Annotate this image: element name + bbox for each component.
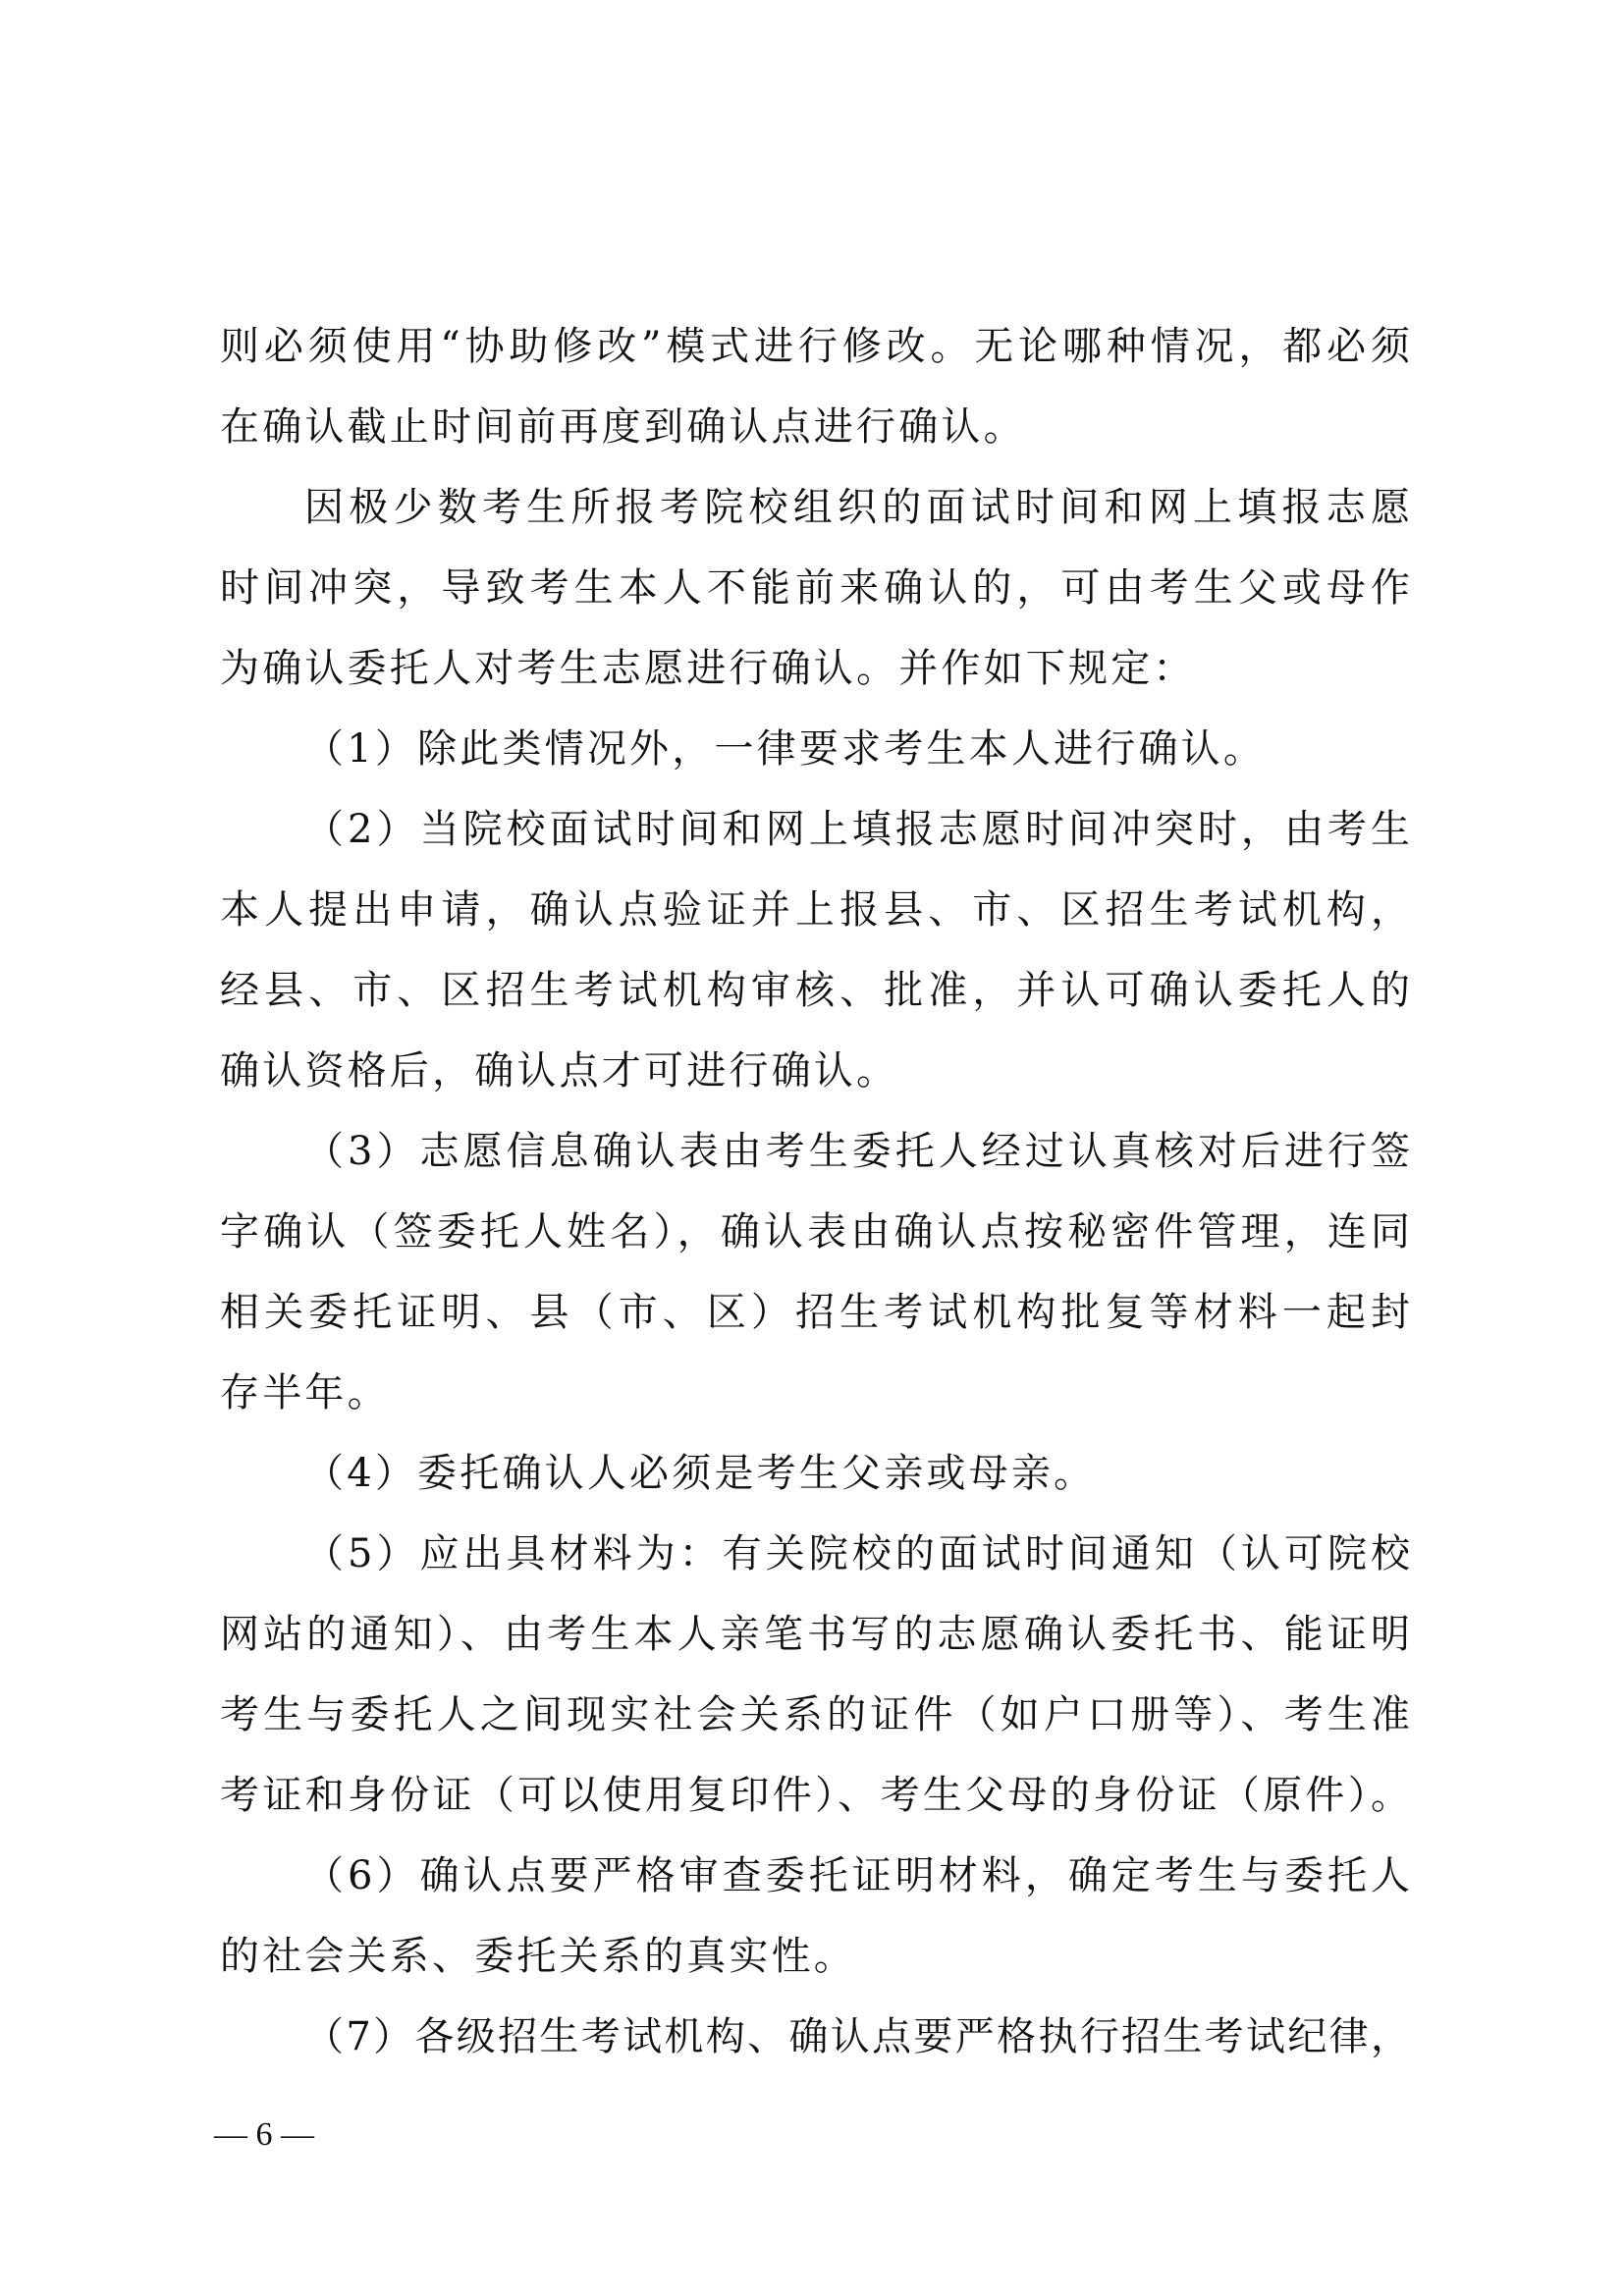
text-line-14: 存半年。: [220, 1353, 1410, 1433]
document-page: 则必须使用“协助修改”模式进行修改。无论哪种情况，都必须 在确认截止时间前再度到…: [0, 0, 1624, 2296]
rule-item-3: （3）志愿信息确认表由考生委托人经过认真核对后进行签: [220, 1111, 1410, 1192]
rule-item-4: （4）委托确认人必须是考生父亲或母亲。: [220, 1433, 1410, 1514]
text-line-10: 确认资格后，确认点才可进行确认。: [220, 1031, 1410, 1111]
text-line-13: 相关委托证明、县（市、区）招生考试机构批复等材料一起封: [220, 1272, 1410, 1353]
text-line-8: 本人提出申请，确认点验证并上报县、市、区招生考试机构，: [220, 870, 1410, 950]
text-line-21: 的社会关系、委托关系的真实性。: [220, 1916, 1410, 1997]
text-line-1: 则必须使用“协助修改”模式进行修改。无论哪种情况，都必须: [220, 306, 1410, 387]
page-number: — 6 —: [214, 2115, 314, 2155]
text-line-17: 网站的通知）、由考生本人亲笔书写的志愿确认委托书、能证明: [220, 1594, 1410, 1675]
text-line-18: 考生与委托人之间现实社会关系的证件（如户口册等）、考生准: [220, 1675, 1410, 1755]
body-text: 则必须使用“协助修改”模式进行修改。无论哪种情况，都必须 在确认截止时间前再度到…: [220, 306, 1410, 2077]
text-line-5: 为确认委托人对考生志愿进行确认。并作如下规定：: [220, 628, 1410, 709]
rule-item-6: （6）确认点要严格审查委托证明材料，确定考生与委托人: [220, 1836, 1410, 1916]
text-line-4: 时间冲突，导致考生本人不能前来确认的，可由考生父或母作: [220, 548, 1410, 628]
rule-item-7: （7）各级招生考试机构、确认点要严格执行招生考试纪律，: [220, 1997, 1410, 2077]
text-line-19: 考证和身份证（可以使用复印件）、考生父母的身份证（原件）。: [220, 1755, 1410, 1836]
text-line-2: 在确认截止时间前再度到确认点进行确认。: [220, 387, 1410, 467]
rule-item-2: （2）当院校面试时间和网上填报志愿时间冲突时，由考生: [220, 789, 1410, 870]
paragraph-start-line: 因极少数考生所报考院校组织的面试时间和网上填报志愿: [220, 467, 1410, 548]
text-line-9: 经县、市、区招生考试机构审核、批准，并认可确认委托人的: [220, 950, 1410, 1031]
rule-item-1: （1）除此类情况外，一律要求考生本人进行确认。: [220, 709, 1410, 789]
text-line-12: 字确认（签委托人姓名），确认表由确认点按秘密件管理，连同: [220, 1192, 1410, 1272]
rule-item-5: （5）应出具材料为：有关院校的面试时间通知（认可院校: [220, 1514, 1410, 1594]
